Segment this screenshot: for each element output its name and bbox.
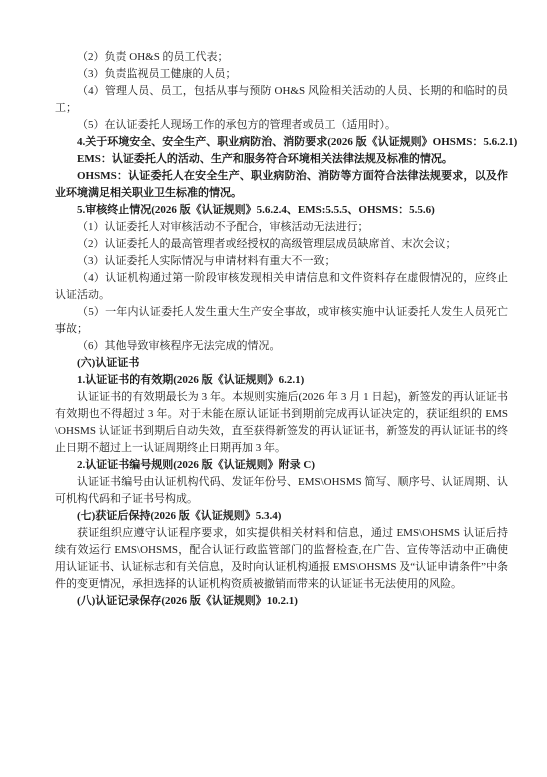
body-paragraph-ohsms: OHSMS：认证委托人在安全生产、职业病防治、消防等方面符合法律法规要求，以及作… — [55, 168, 508, 202]
document-page: （2）负责 OH&S 的员工代表； （3）负责监视员工健康的人员； （4）管理人… — [0, 0, 547, 777]
clause-item: （2）认证委托人的最高管理者或经授权的高级管理层成员缺席首、末次会议； — [55, 236, 508, 253]
clause-item: （4）管理人员、员工，包括从事与预防 OH&S 风险相关活动的人员、长期的和临时… — [55, 83, 508, 117]
body-paragraph-ems: EMS：认证委托人的活动、生产和服务符合环境相关法律法规及标准的情况。 — [55, 151, 508, 168]
clause-item: （3）认证委托人实际情况与申请材料有重大不一致； — [55, 253, 508, 270]
clause-item: （6）其他导致审核程序无法完成的情况。 — [55, 338, 508, 355]
clause-item: （1）认证委托人对审核活动不予配合，审核活动无法进行； — [55, 219, 508, 236]
clause-item: （5）在认证委托人现场工作的承包方的管理者或员工（适用时）。 — [55, 117, 508, 134]
body-paragraph: 认证证书编号由认证机构代码、发证年份号、EMS\OHSMS 简写、顺序号、认证周… — [55, 474, 508, 508]
clause-item: （2）负责 OH&S 的员工代表； — [55, 49, 508, 66]
section-heading-7: (七)获证后保持(2026 版《认证规则》5.3.4) — [55, 508, 508, 525]
numbered-heading-5: 5.审核终止情况(2026 版《认证规则》5.6.2.4、EMS:5.5.5、O… — [55, 202, 508, 219]
clause-item: （5）一年内认证委托人发生重大生产安全事故，或审核实施中认证委托人发生人员死亡事… — [55, 304, 508, 338]
numbered-heading-6-2: 2.认证证书编号规则(2026 版《认证规则》附录 C) — [55, 457, 508, 474]
section-heading-6: (六)认证证书 — [55, 355, 508, 372]
numbered-heading-6-1: 1.认证证书的有效期(2026 版《认证规则》6.2.1) — [55, 372, 508, 389]
numbered-heading-4: 4.关于环境安全、安全生产、职业病防治、消防要求(2026 版《认证规则》OHS… — [55, 134, 508, 151]
clause-item: （4）认证机构通过第一阶段审核发现相关申请信息和文件资料存在虚假情况的，应终止认… — [55, 270, 508, 304]
document-content: （2）负责 OH&S 的员工代表； （3）负责监视员工健康的人员； （4）管理人… — [55, 49, 508, 610]
body-paragraph: 认证证书的有效期最长为 3 年。本规则实施后(2026 年 3 月 1 日起)，… — [55, 389, 508, 457]
body-paragraph: 获证组织应遵守认证程序要求，如实提供相关材料和信息，通过 EMS\OHSMS 认… — [55, 525, 508, 593]
section-heading-8: (八)认证记录保存(2026 版《认证规则》10.2.1) — [55, 593, 508, 610]
clause-item: （3）负责监视员工健康的人员； — [55, 66, 508, 83]
